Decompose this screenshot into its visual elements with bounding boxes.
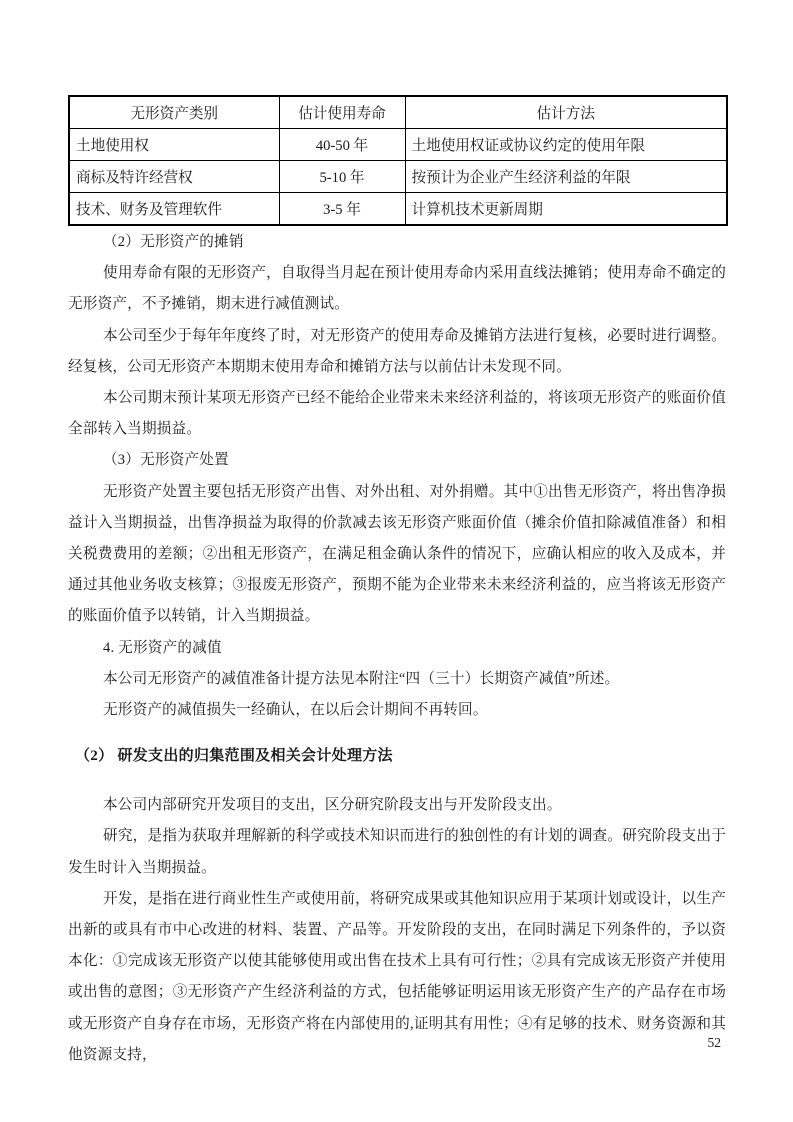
paragraph-amortization-policy: 使用寿命有限的无形资产，自取得当月起在预计使用寿命内采用直线法摊销；使用寿命不确… [68,258,726,320]
cell-method: 土地使用权证或协议约定的使用年限 [405,129,727,161]
cell-life: 40-50 年 [279,129,405,161]
table-header-estimation-method: 估计方法 [405,96,727,129]
paragraph-impairment-reference: 本公司无形资产的减值准备计提方法见本附注“四（三十）长期资产减值”所述。 [68,664,726,695]
cell-method: 计算机技术更新周期 [405,193,727,226]
paragraph-rd-classification: 本公司内部研究开发项目的支出，区分研究阶段支出与开发阶段支出。 [68,790,726,821]
table-row: 土地使用权 40-50 年 土地使用权证或协议约定的使用年限 [69,129,727,161]
cell-life: 3-5 年 [279,193,405,226]
page-number: 52 [708,1035,722,1051]
table-row: 商标及特许经营权 5-10 年 按预计为企业产生经济利益的年限 [69,161,727,193]
cell-life: 5-10 年 [279,161,405,193]
cell-category: 土地使用权 [69,129,279,161]
paragraph-development-definition: 开发，是指在进行商业性生产或使用前，将研究成果或其他知识应用于某项计划或设计，以… [68,884,726,1071]
paragraph-derecognition: 本公司期末预计某项无形资产已经不能给企业带来未来经济利益的，将该项无形资产的账面… [68,383,726,445]
document-page: 无形资产类别 估计使用寿命 估计方法 土地使用权 40-50 年 土地使用权证或… [0,0,793,1122]
paragraph-research-definition: 研究，是指为获取并理解新的科学或技术知识而进行的独创性的有计划的调查。研究阶段支… [68,821,726,883]
paragraph-disposal-subtitle: （3）无形资产处置 [68,445,726,476]
table-header-row: 无形资产类别 估计使用寿命 估计方法 [69,96,727,129]
table-header-useful-life: 估计使用寿命 [279,96,405,129]
paragraph-annual-review: 本公司至少于每年年度终了时，对无形资产的使用寿命及摊销方法进行复核，必要时进行调… [68,321,726,383]
table-row: 技术、财务及管理软件 3-5 年 计算机技术更新周期 [69,193,727,226]
cell-category: 技术、财务及管理软件 [69,193,279,226]
intangible-assets-table: 无形资产类别 估计使用寿命 估计方法 土地使用权 40-50 年 土地使用权证或… [68,95,728,226]
paragraph-disposal-policy: 无形资产处置主要包括无形资产出售、对外出租、对外捐赠。其中①出售无形资产，将出售… [68,477,726,633]
cell-category: 商标及特许经营权 [69,161,279,193]
paragraph-impairment-subtitle: 4. 无形资产的减值 [68,633,726,664]
cell-method: 按预计为企业产生经济利益的年限 [405,161,727,193]
paragraph-impairment-no-reversal: 无形资产的减值损失一经确认，在以后会计期间不再转回。 [68,695,726,726]
section-heading-rd-expenditure: （2） 研发支出的归集范围及相关会计处理方法 [68,741,726,772]
table-header-category: 无形资产类别 [69,96,279,129]
paragraph-amortization-subtitle: （2）无形资产的摊销 [68,227,726,258]
